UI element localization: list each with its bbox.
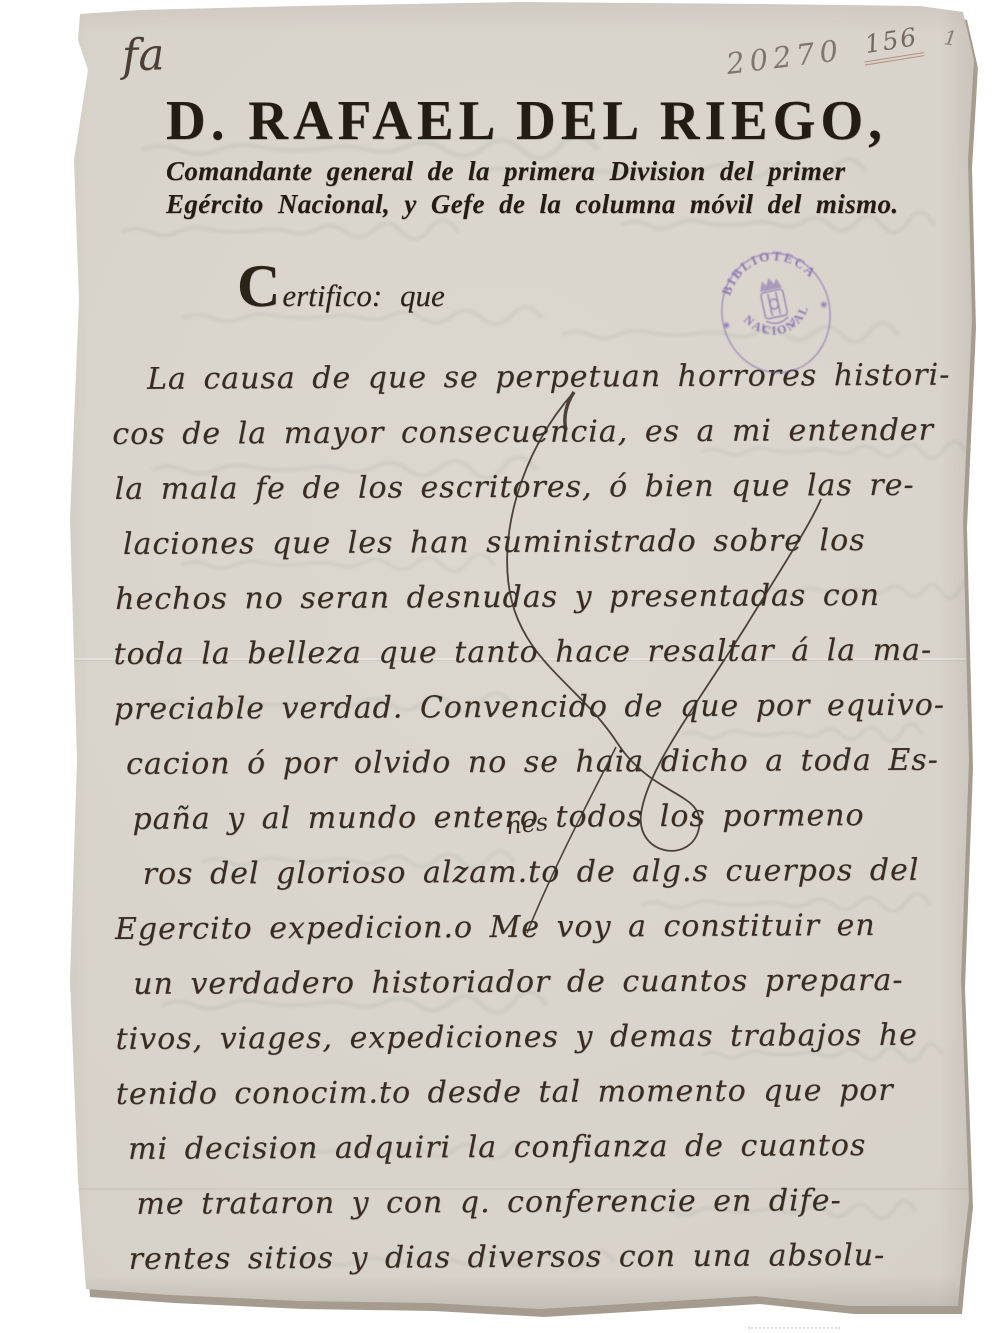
manuscript-line: hechos no seran desnudas y presentadas c…: [115, 577, 978, 637]
letterhead-title: D. RAFAEL DEL RIEGO,: [166, 92, 926, 148]
scan-artifact-dotted-line: [748, 1327, 840, 1329]
manuscript-line: me trataron y con q. conferencie en dife…: [136, 1182, 981, 1241]
manuscript-line: cacion ó por olvido no se haia dicho a t…: [126, 742, 979, 801]
manuscript-line: rentes sitios y dias diversos con una ab…: [129, 1237, 982, 1296]
manuscript-line: paña y al mundo entero todos los pormeno: [132, 797, 979, 856]
printed-letterhead: D. RAFAEL DEL RIEGO, Comandante general …: [166, 92, 926, 221]
interlinear-insertion: nes: [505, 808, 550, 840]
manuscript-line: preciable verdad. Convencido de que por …: [114, 687, 979, 747]
manuscript-line: cos de la mayor consecuencia, es a mi en…: [112, 412, 977, 472]
manuscript-line: mi decision adquiri la confianza de cuan…: [128, 1127, 981, 1186]
manuscript-line: tenido conocim.to desde tal momento que …: [116, 1072, 981, 1132]
manuscript-line: tivos, viages, expediciones y demas trab…: [115, 1017, 980, 1077]
manuscript-line: toda la belleza que tanto hace resaltar …: [113, 632, 978, 692]
stamp-left-asterisk: ✳: [722, 320, 732, 331]
manuscript-line: La causa de que se perpetuan horrores hi…: [147, 357, 977, 416]
biblioteca-nacional-stamp: BIBLIOTECA NACIONAL ✳ ✳: [702, 238, 849, 387]
certify-label: Certifico: que: [237, 252, 445, 321]
manuscript-line: laciones que les han suministrado sobre …: [123, 522, 978, 581]
stamp-right-asterisk: ✳: [819, 299, 829, 310]
manuscript-line: Egercito expedicion.o Me voy a constitui…: [115, 907, 980, 967]
manuscript-line: la mala fe de los escritores, ó bien que…: [115, 467, 978, 527]
stamp-outer-ring: [711, 243, 841, 383]
top-left-inscription: fa: [121, 29, 165, 81]
manuscript-line: ros del glorioso alzam.to de alg.s cuerp…: [143, 852, 980, 911]
letterhead-subtitle-line2: Egército Nacional, y Gefe de la columna …: [166, 188, 926, 221]
letterhead-subtitle-line1: Comandante general de la primera Divisio…: [166, 155, 926, 188]
manuscript-page: fa 20270 156 1 D. RAFAEL DEL RIEGO, Coma…: [62, 0, 977, 1315]
manuscript-line: un verdadero historiador de cuantos prep…: [133, 962, 980, 1021]
